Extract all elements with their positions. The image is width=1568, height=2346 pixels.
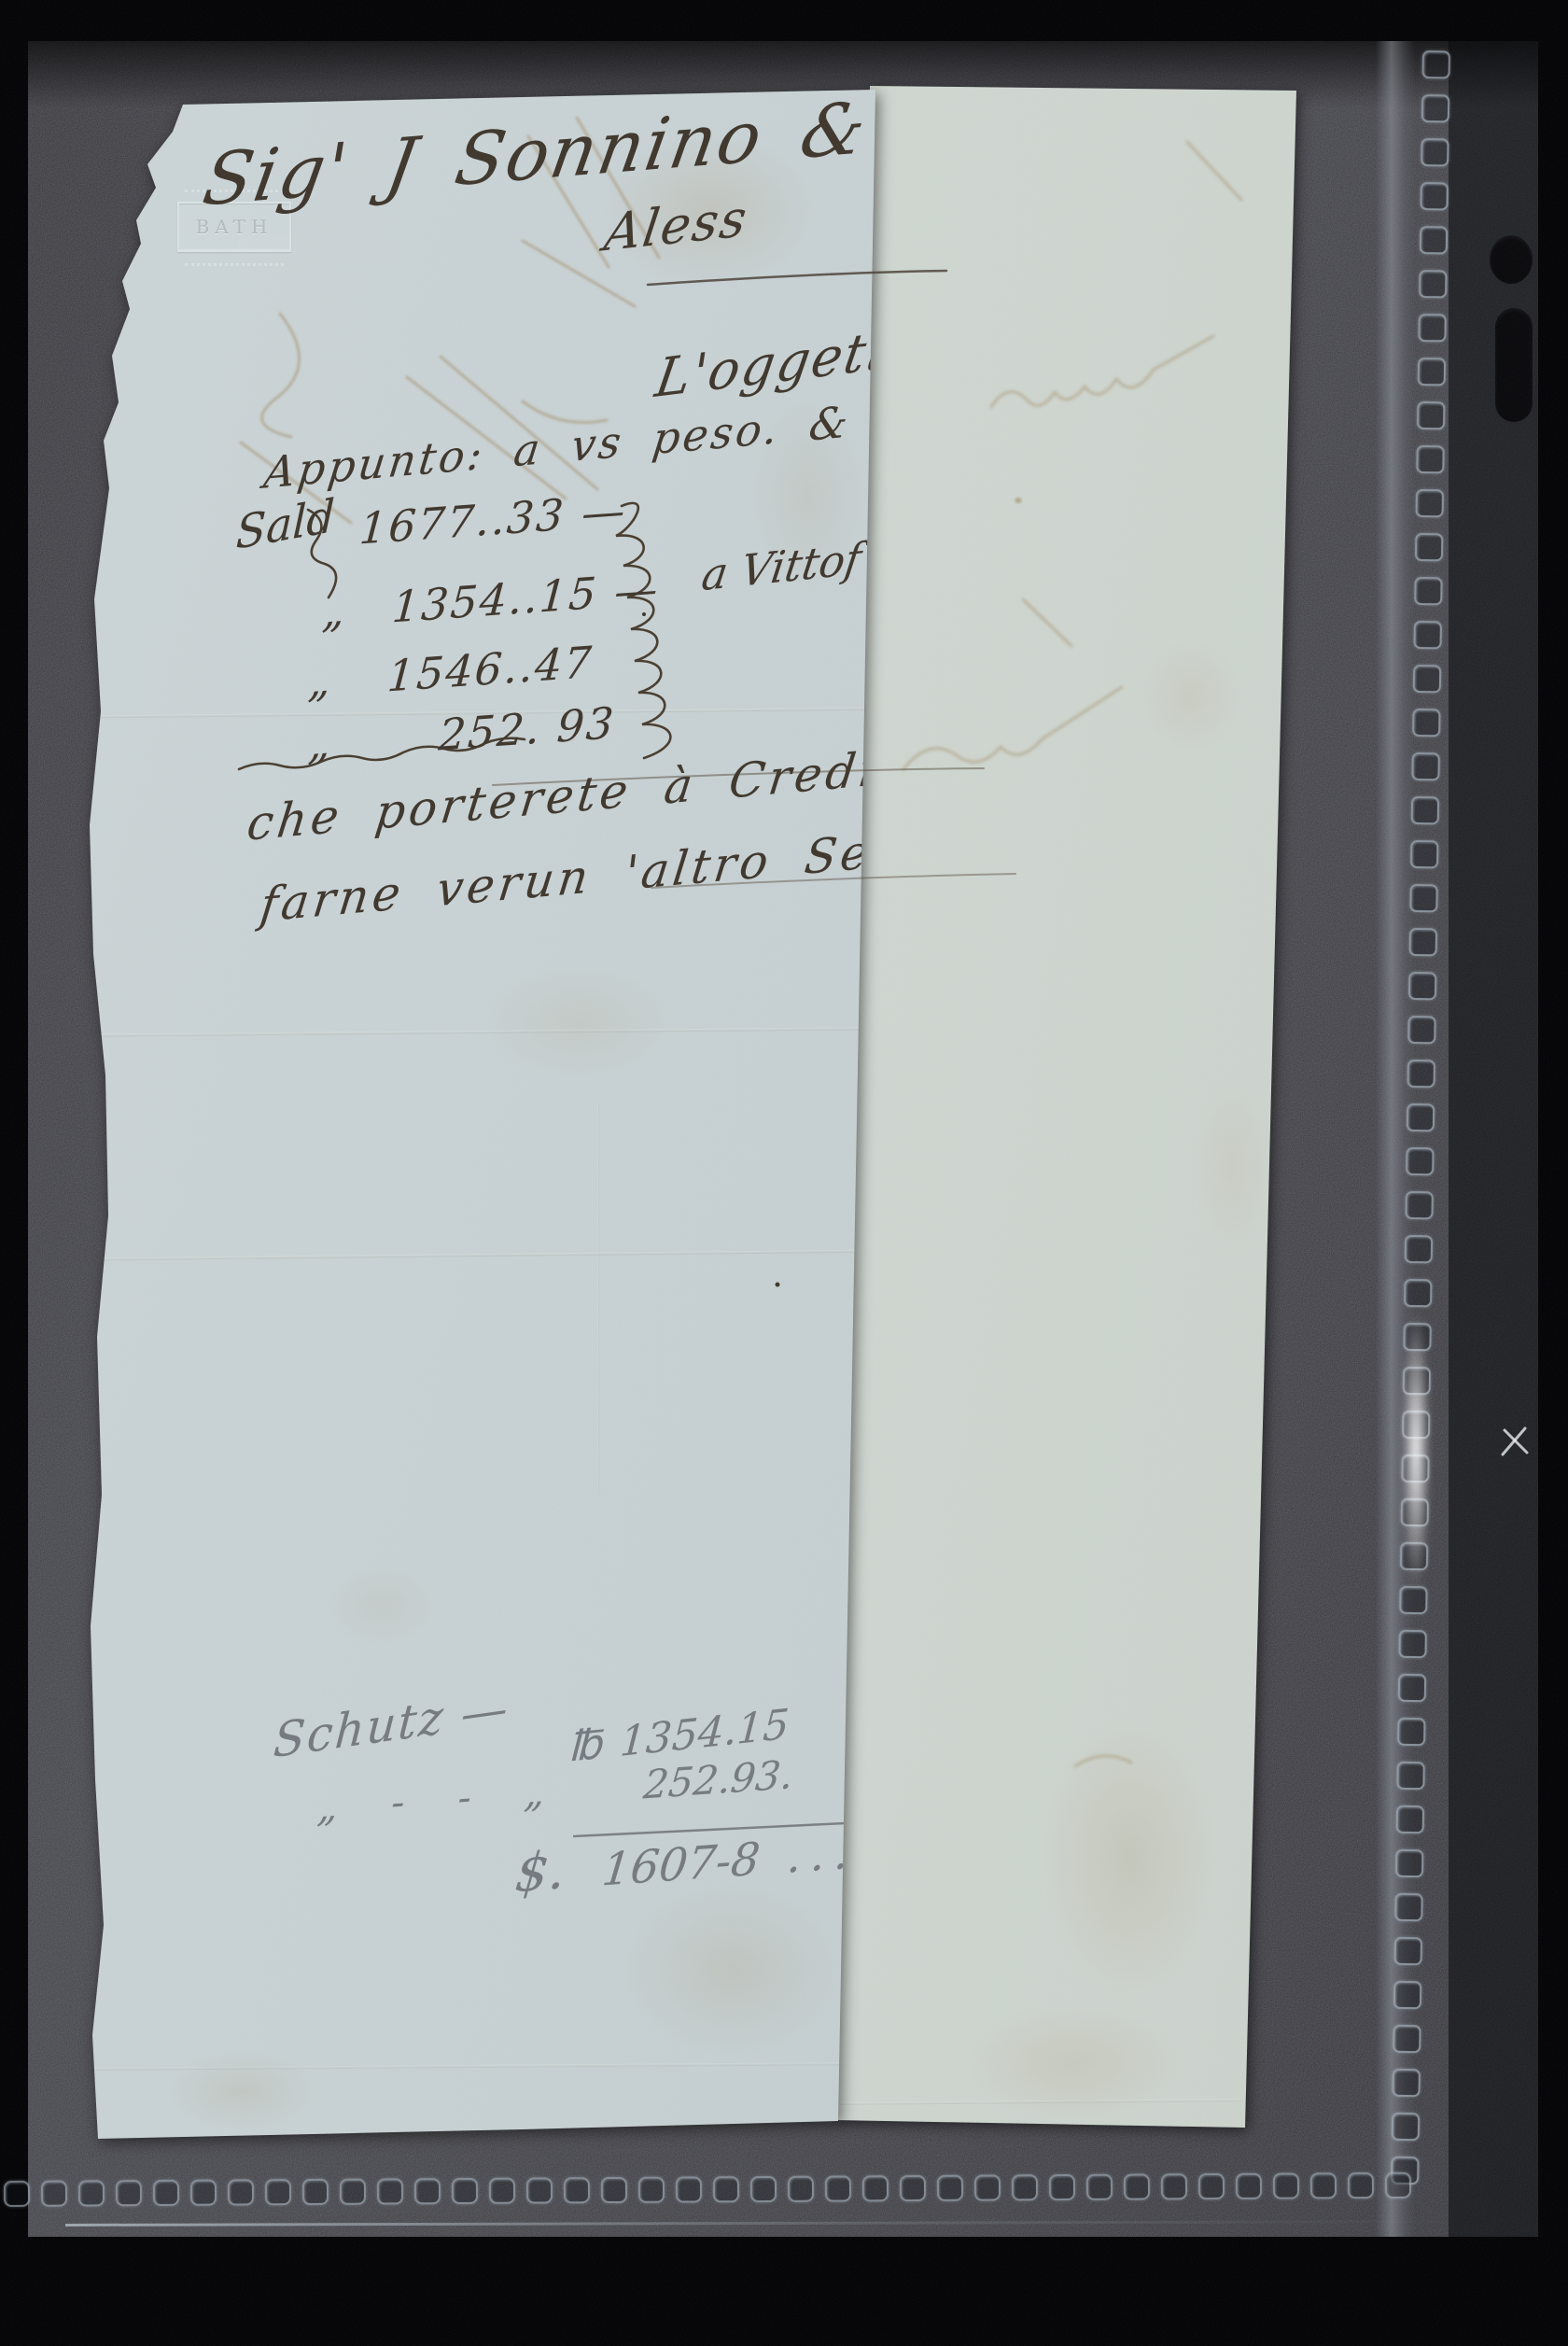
amount-dash — [609, 636, 612, 686]
ledger-row: „1354..15— — [321, 563, 662, 638]
pencil-value: 252.93. — [641, 1751, 795, 1808]
amount-dash: — — [613, 563, 662, 617]
ditto-mark: „ — [307, 709, 441, 769]
pencil-total-value: 1607-8 — [599, 1833, 762, 1896]
paper-stain — [140, 2035, 345, 2147]
stamp-ornament — [185, 256, 284, 266]
ditto-mark: „ — [306, 651, 389, 707]
photo-of-archival-letter: BATH — [0, 0, 1568, 2346]
pencil-row-2: „ - - „252.93. — [315, 1751, 795, 1831]
pencil-label: Schutz — — [272, 1680, 511, 1769]
amount-value: 1677..33 — [357, 489, 567, 555]
ditto-mark: „ — [321, 582, 395, 638]
pound-weight-symbol: ℔ — [570, 1720, 607, 1771]
amount-value: 1546..47 — [385, 637, 595, 702]
ditto-mark — [288, 544, 358, 549]
paper-stain — [448, 943, 709, 1102]
trailing-dots: ... — [785, 1826, 861, 1884]
ledger-row: „252. 93 — [307, 696, 635, 770]
letter-page: BATH — [0, 0, 1568, 2346]
currency-symbol: $. — [512, 1840, 568, 1904]
letter-shadow-wrap: BATH — [0, 0, 1568, 2346]
amount-value: 252. 93 — [437, 697, 617, 761]
paper-stain — [308, 1550, 457, 1662]
amount-value: 1354..15 — [390, 568, 599, 633]
ledger-row: 1677..33— — [288, 485, 629, 559]
ledger-row: „1546..47 — [306, 636, 611, 708]
ditto-marks: „ - - „ — [315, 1762, 646, 1831]
paper-fold-vertical — [597, 1102, 599, 1494]
ink-speck — [776, 1283, 780, 1287]
amount-dash — [630, 696, 634, 747]
paper-crease — [93, 1250, 873, 1261]
amount-dash: — — [581, 485, 629, 539]
